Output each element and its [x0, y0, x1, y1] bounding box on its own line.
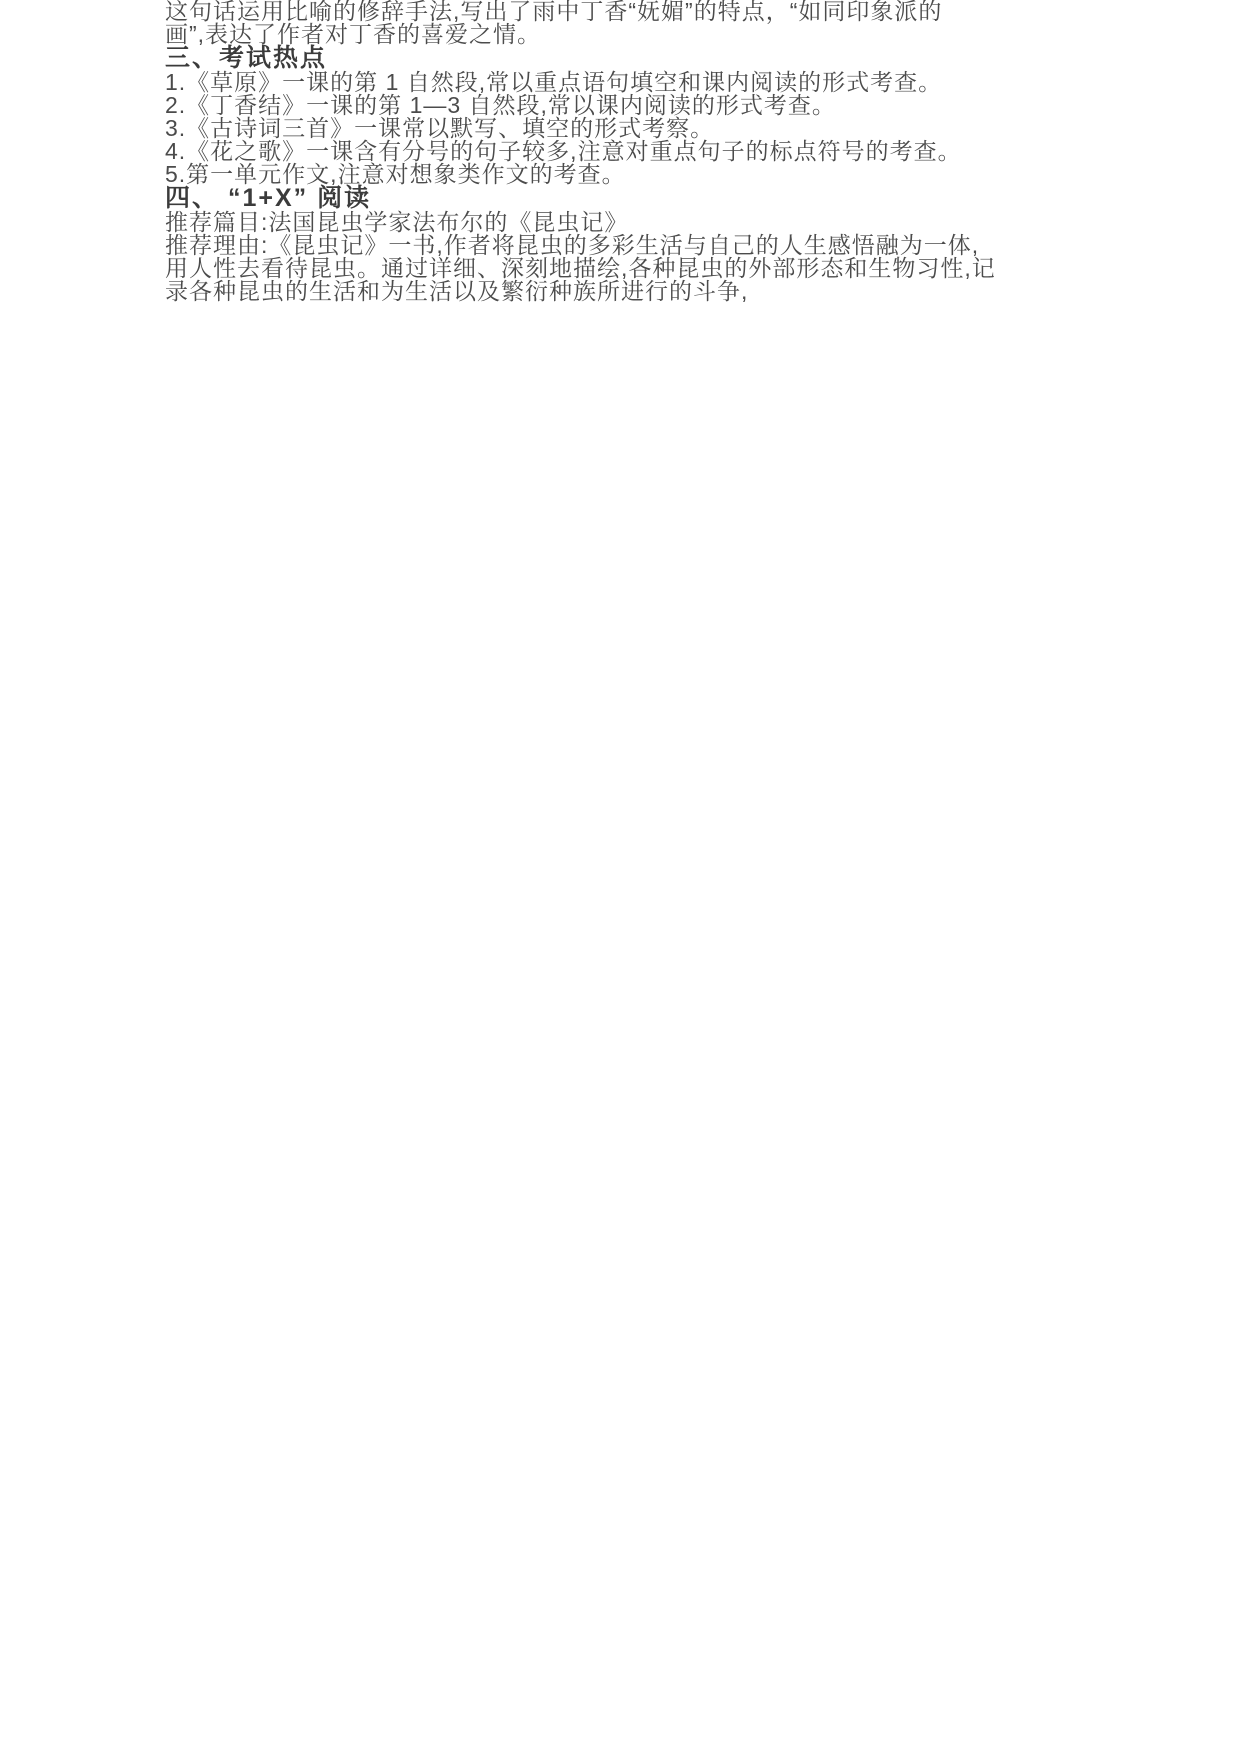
exam-list-item-3: 3.《古诗词三首》一课常以默写、填空的形式考察。: [165, 117, 1091, 140]
reading-recommended-title-line: 推荐篇目:法国昆虫学家法布尔的《昆虫记》: [165, 211, 1091, 234]
section-heading-exam-hotspots: 三、考试热点: [165, 46, 1091, 71]
intro-paragraph-line-1: 这句话运用比喻的修辞手法,写出了雨中丁香“妩媚”的特点，“如同印象派的: [165, 0, 1091, 23]
section-heading-1x-reading: 四、 “1+X” 阅读: [165, 186, 1091, 211]
exam-list-item-1: 1.《草原》一课的第 1 自然段,常以重点语句填空和课内阅读的形式考查。: [165, 71, 1091, 94]
document-page: 这句话运用比喻的修辞手法,写出了雨中丁香“妩媚”的特点，“如同印象派的 画”,表…: [0, 0, 1241, 1754]
reading-reason-line-2: 用人性去看待昆虫。通过详细、深刻地描绘,各种昆虫的外部形态和生物习性,记: [165, 257, 1091, 280]
exam-list-item-2: 2.《丁香结》一课的第 1—3 自然段,常以课内阅读的形式考查。: [165, 94, 1091, 117]
exam-list-item-5: 5.第一单元作文,注意对想象类作文的考查。: [165, 163, 1091, 186]
reading-reason-line-3: 录各种昆虫的生活和为生活以及繁衍种族所进行的斗争,: [165, 280, 1091, 303]
reading-reason-line-1: 推荐理由:《昆虫记》一书,作者将昆虫的多彩生活与自己的人生感悟融为一体,: [165, 234, 1091, 257]
intro-paragraph-line-2: 画”,表达了作者对丁香的喜爱之情。: [165, 23, 1091, 46]
exam-list-item-4: 4.《花之歌》一课含有分号的句子较多,注意对重点句子的标点符号的考查。: [165, 140, 1091, 163]
